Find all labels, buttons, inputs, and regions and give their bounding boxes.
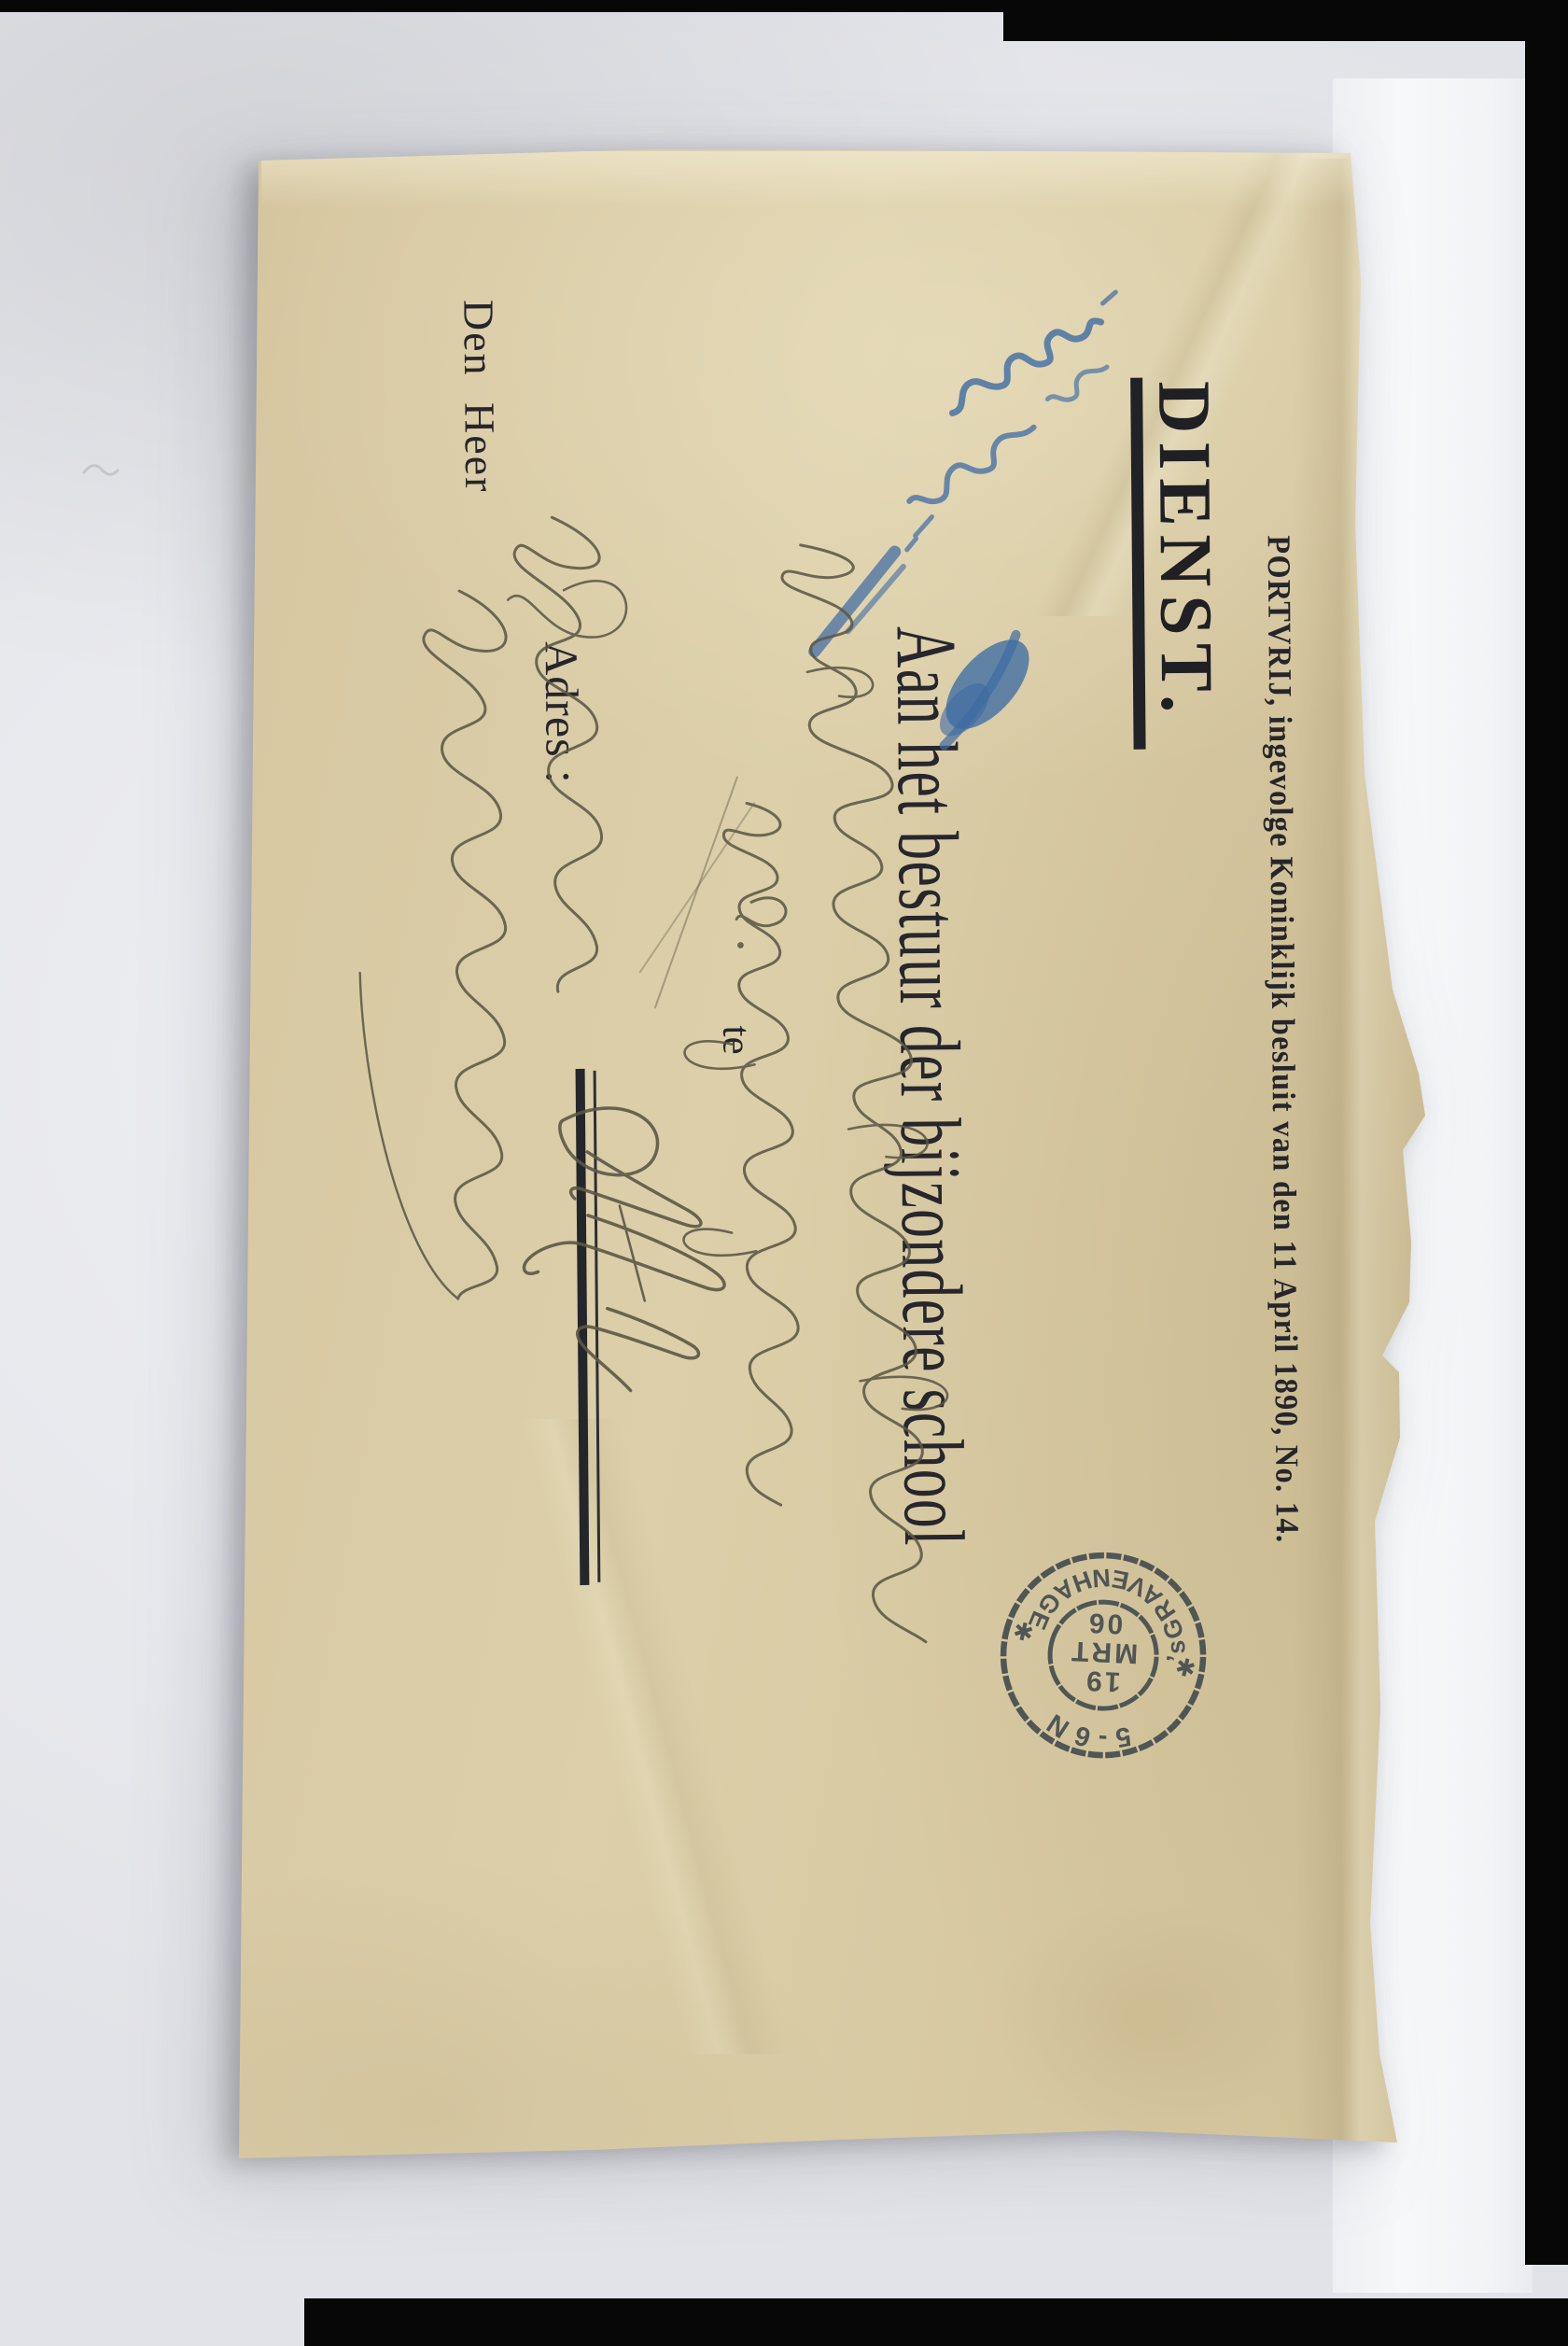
envelope-wrapper: PORTVRIJ, ingevolge Koninklijk besluit v… bbox=[0, 0, 1568, 2346]
photo-frame-top-right bbox=[1003, 0, 1568, 41]
handwriting-and-postmark-layer: ’sGRAVENHAGE 5-6N ✱ ✱ 19 MRT 06 bbox=[252, 144, 1418, 2147]
postmark-star-right: ✱ bbox=[1011, 1615, 1037, 1646]
postmark-date-year: 06 bbox=[1085, 1607, 1124, 1639]
photo-frame-right bbox=[1525, 37, 1568, 2265]
addressee-signature bbox=[356, 517, 632, 1299]
ink-annotation-lines bbox=[637, 544, 950, 1645]
destination-handwriting bbox=[523, 1107, 725, 1392]
postmark-date-day: 19 bbox=[1083, 1665, 1121, 1697]
photo-frame-bottom bbox=[304, 2298, 1568, 2346]
envelope-face: PORTVRIJ, ingevolge Koninklijk besluit v… bbox=[252, 144, 1418, 2147]
photo-background: PORTVRIJ, ingevolge Koninklijk besluit v… bbox=[0, 0, 1568, 2346]
postmark-date-month: MRT bbox=[1069, 1636, 1139, 1669]
postmark-stamp: ’sGRAVENHAGE 5-6N ✱ ✱ 19 MRT 06 bbox=[984, 1536, 1222, 1774]
blue-pencil-blob bbox=[930, 625, 1044, 745]
